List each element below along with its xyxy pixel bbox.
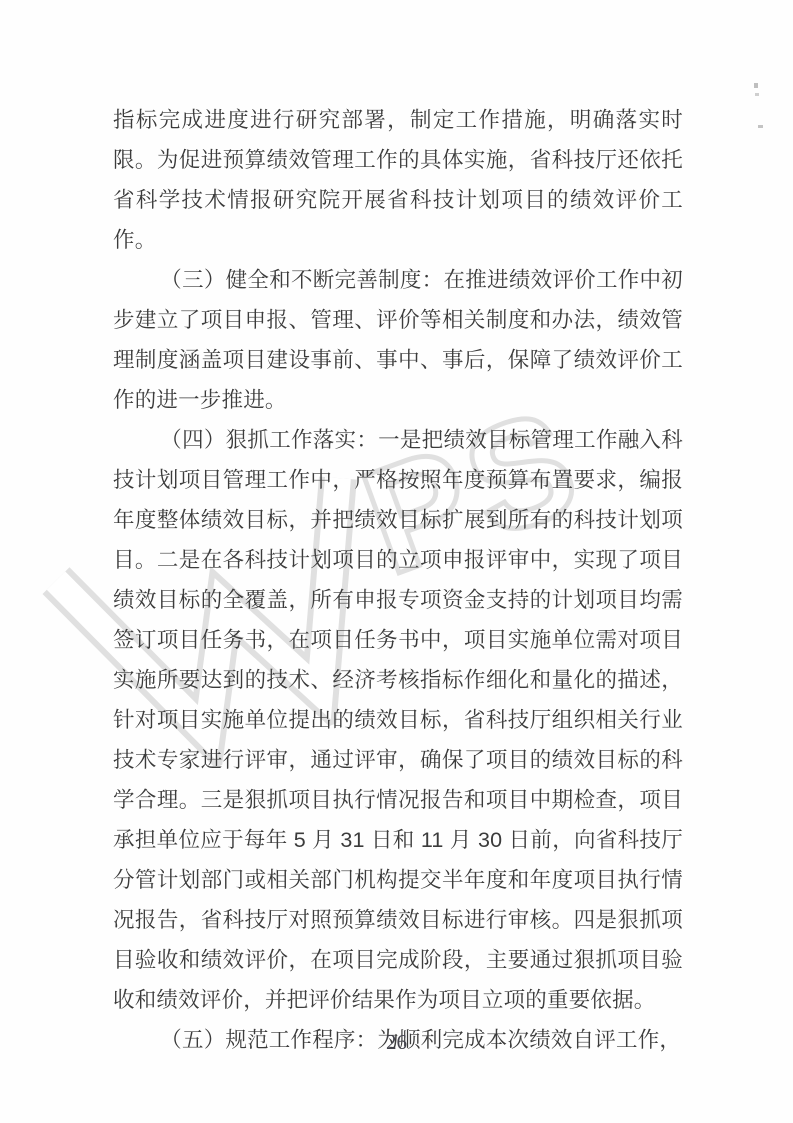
page-number: 26 <box>0 1030 793 1055</box>
scan-speck <box>754 83 758 88</box>
scan-speck <box>758 125 763 128</box>
paragraph-item-4: （四）狠抓工作落实：一是把绩效目标管理工作融入科技计划项目管理工作中，严格按照年… <box>113 420 683 1020</box>
document-body: 指标完成进度进行研究部署，制定工作措施，明确落实时限。为促进预算绩效管理工作的具… <box>113 100 683 1060</box>
paragraph-continuation: 指标完成进度进行研究部署，制定工作措施，明确落实时限。为促进预算绩效管理工作的具… <box>113 100 683 260</box>
scan-speck <box>755 93 759 96</box>
document-page: PS 指标完成进度进行研究部署，制定工作措施，明确落实时限。为促进预算绩效管理工… <box>0 0 793 1123</box>
paragraph-item-3: （三）健全和不断完善制度：在推进绩效评价工作中初步建立了项目申报、管理、评价等相… <box>113 260 683 420</box>
